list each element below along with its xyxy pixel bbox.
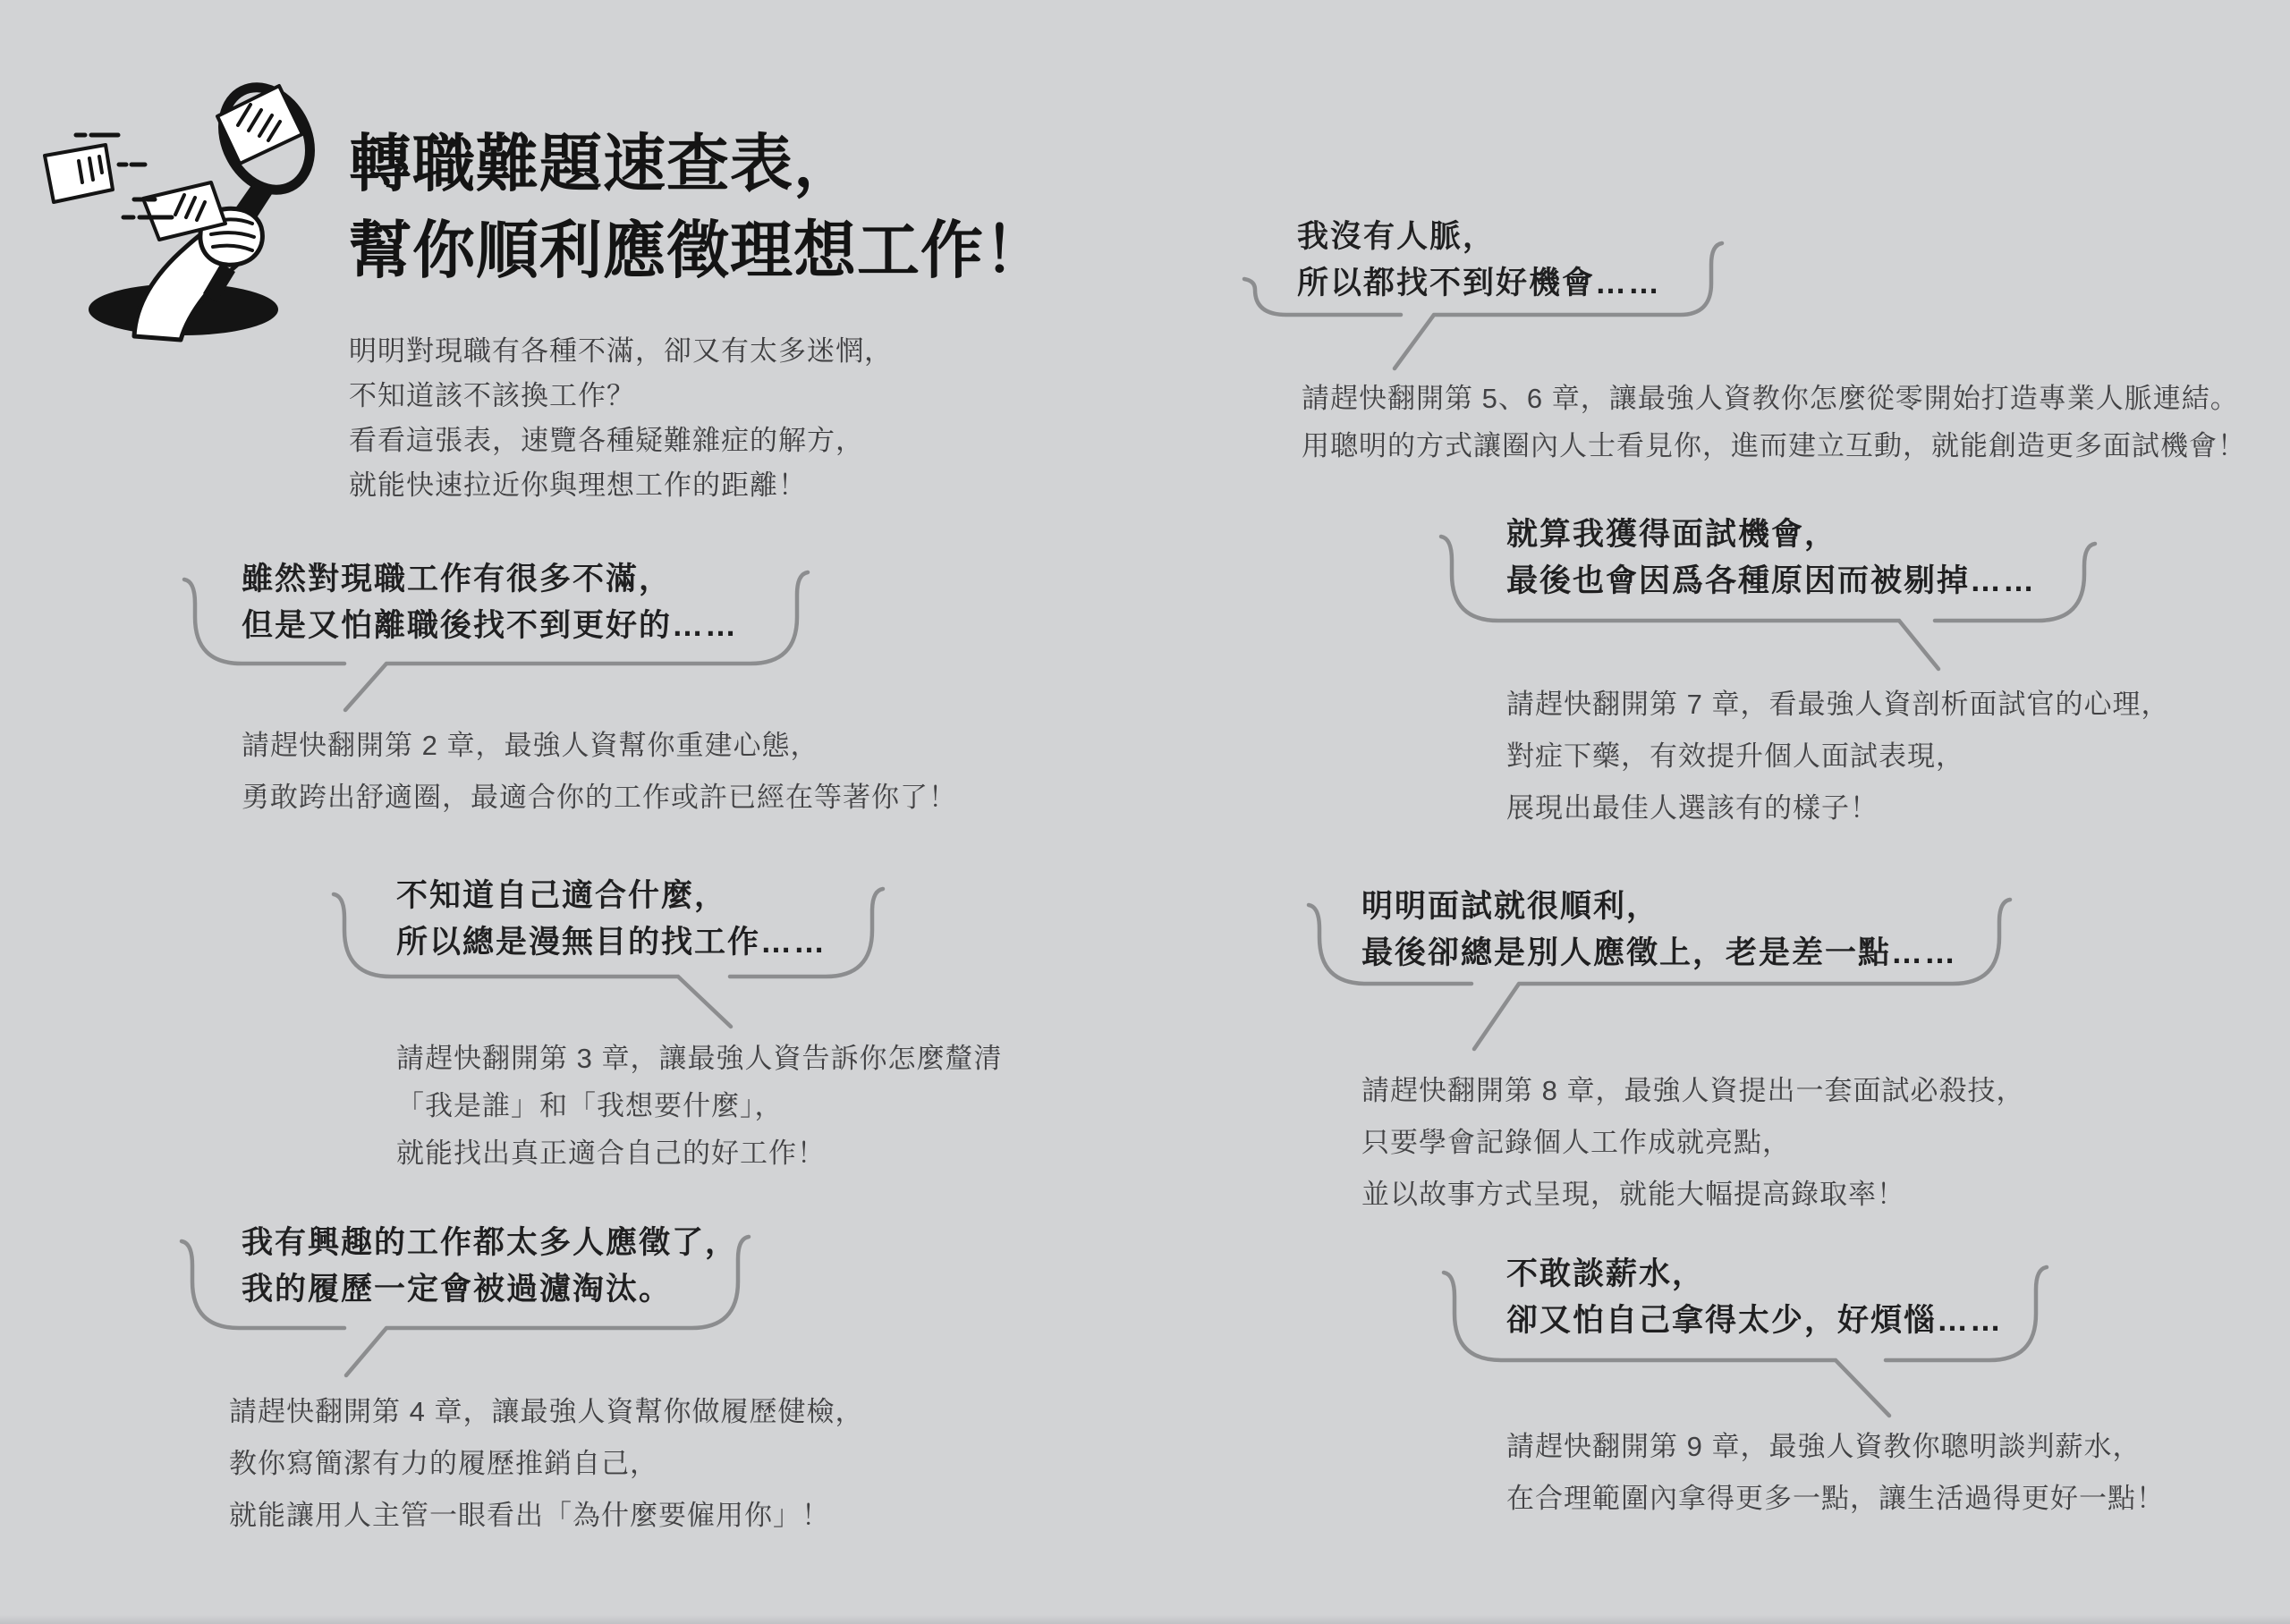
question-line: 所以總是漫無目的找工作…… xyxy=(396,919,827,966)
question-line: 但是又怕離職後找不到更好的…… xyxy=(242,603,738,649)
answer-line: 在合理範圍內拿得更多一點，讓生活過得更好一點！ xyxy=(1506,1473,2165,1525)
answer-line: 教你寫簡潔有力的履歷推銷自己， xyxy=(229,1438,863,1490)
intro-paragraph: 明明對現職有各種不滿，卻又有太多迷惘， 不知道該不該換工作？ 看看這張表，速覽各… xyxy=(349,329,893,508)
question-line: 雖然對現職工作有很多不滿， xyxy=(242,556,738,603)
question-bubble-text-5: 就算我獲得面試機會， 最後也會因爲各種原因而被剔掉…… xyxy=(1506,512,2036,605)
answer-line: 用聰明的方式讓圈內人士看見你，進而建立互動，就能創造更多面試機會！ xyxy=(1302,422,2246,469)
answer-text-4: 請趕快翻開第 5、6 章，讓最強人資教你怎麼從零開始打造專業人脈連結。 用聰明的… xyxy=(1302,375,2246,469)
answer-line: 請趕快翻開第 5、6 章，讓最強人資教你怎麼從零開始打造專業人脈連結。 xyxy=(1302,375,2246,422)
page-title-line2: 幫你順利應徵理想工作！ xyxy=(349,207,1047,294)
page-title-line1: 轉職難題速查表， xyxy=(349,121,1047,207)
question-line: 卻又怕自己拿得太少，好煩惱…… xyxy=(1506,1298,2003,1344)
page-edge-shadow xyxy=(0,1615,2290,1624)
question-line: 明明面試就很順利， xyxy=(1361,884,1957,930)
question-line: 我的履歷一定會被過濾淘汰。 xyxy=(242,1266,738,1313)
question-line: 最後卻總是別人應徵上，老是差一點…… xyxy=(1361,930,1957,977)
question-line: 我有興趣的工作都太多人應徵了， xyxy=(242,1220,738,1266)
magnifier-hand-illustration xyxy=(45,72,327,340)
flying-paper-icon xyxy=(45,145,113,202)
question-bubble-text-7: 不敢談薪水， 卻又怕自己拿得太少，好煩惱…… xyxy=(1506,1251,2003,1344)
answer-line: 並以故事方式呈現，就能大幅提高錄取率！ xyxy=(1361,1169,2024,1221)
answer-line: 請趕快翻開第 4 章，讓最強人資幫你做履歷健檢， xyxy=(229,1386,863,1438)
answer-text-7: 請趕快翻開第 9 章，最強人資教你聰明談判薪水， 在合理範圍內拿得更多一點，讓生… xyxy=(1506,1421,2165,1525)
answer-text-1: 請趕快翻開第 2 章，最強人資幫你重建心態， 勇敢跨出舒適圈，最適合你的工作或許… xyxy=(242,720,957,824)
answer-line: 請趕快翻開第 2 章，最強人資幫你重建心態， xyxy=(242,720,957,772)
answer-line: 「我是誰」和「我想要什麼」， xyxy=(396,1082,1002,1129)
question-bubble-text-2: 不知道自己適合什麼， 所以總是漫無目的找工作…… xyxy=(396,873,827,966)
answer-text-3: 請趕快翻開第 4 章，讓最強人資幫你做履歷健檢， 教你寫簡潔有力的履歷推銷自己，… xyxy=(229,1386,863,1542)
question-bubble-text-6: 明明面試就很順利， 最後卻總是別人應徵上，老是差一點…… xyxy=(1361,884,1957,977)
answer-line: 展現出最佳人選該有的樣子！ xyxy=(1506,782,2169,834)
page-title: 轉職難題速查表， 幫你順利應徵理想工作！ xyxy=(349,121,1047,294)
answer-line: 請趕快翻開第 7 章，看最強人資剖析面試官的心理， xyxy=(1506,679,2169,731)
answer-line: 請趕快翻開第 3 章，讓最強人資告訴你怎麼釐清 xyxy=(396,1035,1002,1082)
answer-text-5: 請趕快翻開第 7 章，看最強人資剖析面試官的心理， 對症下藥，有效提升個人面試表… xyxy=(1506,679,2169,834)
question-bubble-text-4: 我沒有人脈， 所以都找不到好機會…… xyxy=(1297,214,1661,307)
question-bubble-text-1: 雖然對現職工作有很多不滿， 但是又怕離職後找不到更好的…… xyxy=(242,556,738,649)
answer-line: 就能讓用人主管一眼看出「為什麼要僱用你」！ xyxy=(229,1490,863,1542)
answer-line: 勇敢跨出舒適圈，最適合你的工作或許已經在等著你了！ xyxy=(242,772,957,824)
answer-line: 只要學會記錄個人工作成就亮點， xyxy=(1361,1117,2024,1169)
question-line: 我沒有人脈， xyxy=(1297,214,1661,260)
answer-text-2: 請趕快翻開第 3 章，讓最強人資告訴你怎麼釐清 「我是誰」和「我想要什麼」， 就… xyxy=(396,1035,1002,1177)
answer-line: 就能找出真正適合自己的好工作！ xyxy=(396,1129,1002,1177)
question-line: 所以都找不到好機會…… xyxy=(1297,260,1661,307)
intro-line: 看看這張表，速覽各種疑難雜症的解方， xyxy=(349,419,893,463)
question-bubble-text-3: 我有興趣的工作都太多人應徵了， 我的履歷一定會被過濾淘汰。 xyxy=(242,1220,738,1313)
intro-line: 不知道該不該換工作？ xyxy=(349,374,893,419)
intro-line: 就能快速拉近你與理想工作的距離！ xyxy=(349,463,893,508)
answer-line: 對症下藥，有效提升個人面試表現， xyxy=(1506,731,2169,782)
question-line: 不敢談薪水， xyxy=(1506,1251,2003,1298)
answer-text-6: 請趕快翻開第 8 章，最強人資提出一套面試必殺技， 只要學會記錄個人工作成就亮點… xyxy=(1361,1065,2024,1221)
question-line: 最後也會因爲各種原因而被剔掉…… xyxy=(1506,558,2036,605)
answer-line: 請趕快翻開第 9 章，最強人資教你聰明談判薪水， xyxy=(1506,1421,2165,1473)
question-line: 不知道自己適合什麼， xyxy=(396,873,827,919)
intro-line: 明明對現職有各種不滿，卻又有太多迷惘， xyxy=(349,329,893,374)
book-page: 轉職難題速查表， 幫你順利應徵理想工作！ 明明對現職有各種不滿，卻又有太多迷惘，… xyxy=(0,0,2290,1624)
answer-line: 請趕快翻開第 8 章，最強人資提出一套面試必殺技， xyxy=(1361,1065,2024,1117)
question-line: 就算我獲得面試機會， xyxy=(1506,512,2036,558)
